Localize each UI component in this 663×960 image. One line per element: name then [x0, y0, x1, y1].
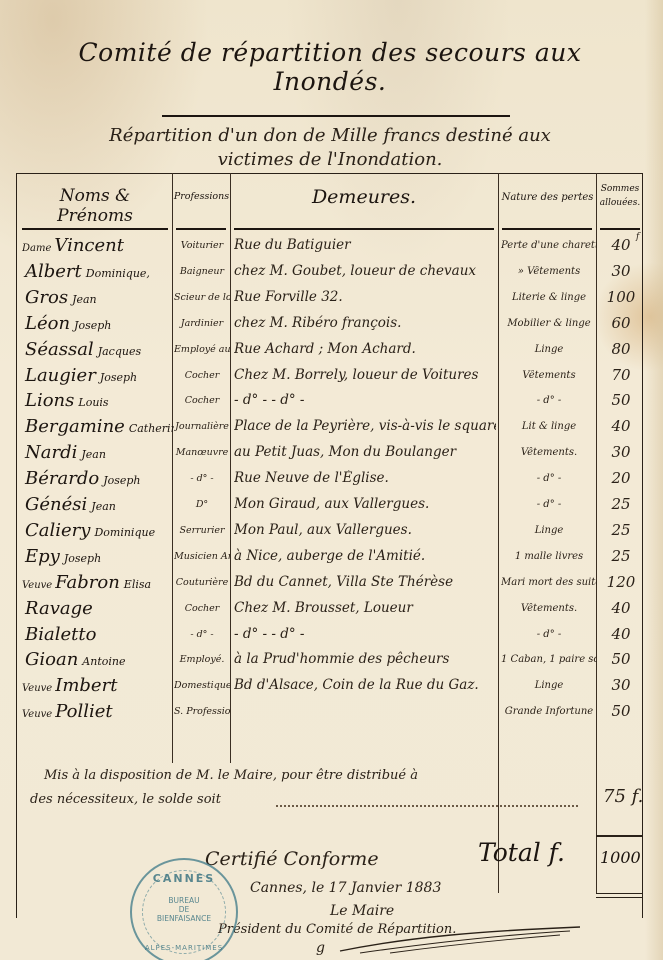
address: à la Prud'hommie des pêcheurs — [234, 651, 496, 667]
profession: Serrurier — [174, 525, 230, 536]
amount-allocated: 30 — [600, 676, 642, 694]
table-row: GrosJeanScieur de longRue Forville 32.Li… — [16, 287, 643, 309]
profession: - d° - — [174, 473, 230, 484]
loss-nature: Linge — [501, 525, 597, 536]
address: Rue Achard ; Mon Achard. — [234, 341, 496, 357]
total-amount: 1000 — [600, 848, 641, 867]
given-name: Joseph — [100, 371, 137, 384]
table-row: VeuvePollietS. ProfessionGrande Infortun… — [16, 701, 643, 723]
surname: Fabron — [55, 572, 120, 593]
amount-allocated: 20 — [600, 469, 642, 487]
loss-nature: 1 Caban, 1 paire souliers — [501, 654, 597, 665]
recipient-name: VeuveFabronElisa — [22, 572, 174, 593]
recipient-name: EpyJoseph — [22, 546, 174, 567]
recipient-name: LionsLouis — [22, 390, 174, 411]
table-row: SéassalJacquesEmployé au GazRue Achard ;… — [16, 339, 643, 361]
header-addresses: Demeures. — [232, 186, 496, 208]
amount-allocated: 50 — [600, 391, 642, 409]
subtitle-line-2: victimes de l'Inondation. — [30, 148, 630, 172]
given-name: Joseph — [64, 552, 101, 565]
balance-line-1: Mis à la disposition de M. le Maire, pou… — [44, 768, 418, 783]
signature-initial: g — [316, 940, 325, 956]
surname: Nardi — [25, 442, 77, 463]
profession: Musicien Ambt. — [174, 551, 230, 562]
recipient-name: SéassalJacques — [22, 339, 174, 360]
stamp-center-line-2: DE — [132, 905, 236, 914]
recipient-name: BérardoJoseph — [22, 468, 174, 489]
amount-allocated: 80 — [600, 340, 642, 358]
given-name: Elisa — [124, 578, 151, 591]
address: Rue du Batiguier — [234, 237, 496, 253]
recipient-name: AlbertDominique, — [22, 261, 174, 282]
profession: Couturière — [174, 577, 230, 588]
recipient-name: GrosJean — [22, 287, 174, 308]
address: - d° - - d° - — [234, 392, 496, 408]
recipient-name: VeuvePolliet — [22, 701, 174, 722]
surname: Polliet — [55, 701, 112, 722]
amount-allocated: 25 — [600, 495, 642, 513]
header-underline — [600, 228, 640, 230]
profession: Manœuvre — [174, 447, 230, 458]
given-name: Antoine — [82, 655, 125, 668]
amount-allocated: 30 — [600, 443, 642, 461]
signature-flourish — [330, 925, 590, 955]
given-name: Jacques — [98, 345, 141, 358]
recipient-name: DameVincent — [22, 235, 174, 256]
amount-allocated: 25 — [600, 547, 642, 565]
loss-nature: - d° - — [501, 499, 597, 510]
header-underline — [22, 228, 168, 230]
amount-allocated: 50 — [600, 650, 642, 668]
profession: Cocher — [174, 603, 230, 614]
table-row: CalieryDominiqueSerrurierMon Paul, aux V… — [16, 520, 643, 542]
surname: Epy — [25, 546, 60, 567]
surname: Gioan — [25, 649, 78, 670]
official-stamp: CANNES BUREAU DE BIENFAISANCE ALPES-MARI… — [130, 858, 238, 960]
given-name: Joseph — [74, 319, 111, 332]
paper-edge — [645, 0, 663, 960]
amount-allocated: 60 — [600, 314, 642, 332]
profession: S. Profession — [174, 706, 230, 717]
given-name: Dominique, — [86, 267, 150, 280]
address: Mon Paul, aux Vallergues. — [234, 522, 496, 538]
surname: Lions — [25, 390, 74, 411]
surname: Imbert — [55, 675, 117, 696]
table-row: GénésiJeanD°Mon Giraud, aux Vallergues.-… — [16, 494, 643, 516]
loss-nature: Lit & linge — [501, 421, 597, 432]
header-losses: Nature des pertes — [499, 192, 596, 203]
table-row: RavageCocherChez M. Brousset, LoueurVête… — [16, 598, 643, 620]
amount-allocated: 40 — [600, 599, 642, 617]
surname: Bergamine — [25, 416, 125, 437]
title-underline — [162, 115, 510, 117]
total-label: Total f. — [478, 838, 565, 867]
stamp-center-line-3: BIENFAISANCE — [132, 914, 236, 923]
address: chez M. Goubet, loueur de chevaux — [234, 263, 496, 279]
loss-nature: Literie & linge — [501, 292, 597, 303]
profession: Cocher — [174, 370, 230, 381]
recipient-name: GioanAntoine — [22, 649, 174, 670]
place-date: Cannes, le 17 Janvier 1883 — [250, 880, 441, 896]
amount-allocated: 40 — [600, 417, 642, 435]
table-row: VeuveFabronElisaCouturièreBd du Cannet, … — [16, 572, 643, 594]
header-amounts-line-1: Sommes — [597, 182, 643, 196]
loss-nature: Vêtements. — [501, 603, 597, 614]
name-prefix: Dame — [22, 243, 51, 254]
balance-amount: 75 f. — [603, 786, 643, 807]
name-prefix: Veuve — [22, 580, 52, 591]
table-row: BergamineCatherineJournalièrePlace de la… — [16, 416, 643, 438]
amount-allocated: 25 — [600, 521, 642, 539]
stamp-center-line-1: BUREAU — [132, 896, 236, 905]
certified-text: Certifié Conforme — [205, 848, 379, 870]
loss-nature: Linge — [501, 680, 597, 691]
balance-line-2: des nécessiteux, le solde soit — [30, 792, 221, 807]
profession: Employé. — [174, 654, 230, 665]
dotted-leader — [276, 803, 578, 807]
stamp-city: CANNES — [132, 872, 236, 885]
stamp-region: ALPES-MARITIMES — [132, 944, 236, 952]
amount-allocated: 40 — [600, 236, 642, 254]
address: Chez M. Borrely, loueur de Voitures — [234, 367, 496, 383]
surname: Génési — [25, 494, 87, 515]
table-row: NardiJeanManœuvreau Petit Juas, Mon du B… — [16, 442, 643, 464]
recipient-name: LéonJoseph — [22, 313, 174, 334]
header-amounts: Sommes allouées. — [597, 182, 643, 210]
total-rule — [596, 835, 643, 837]
address: Chez M. Brousset, Loueur — [234, 600, 496, 616]
loss-nature: Perte d'une charette — [501, 240, 597, 251]
header-underline — [234, 228, 494, 230]
loss-nature: » Vêtements — [501, 266, 597, 277]
header-professions: Professions — [173, 191, 230, 202]
recipient-name: LaugierJoseph — [22, 365, 174, 386]
recipient-name: NardiJean — [22, 442, 174, 463]
recipient-name: BergamineCatherine — [22, 416, 174, 437]
profession: Journalière — [174, 421, 230, 432]
table-row: DameVincentVoiturierRue du BatiguierPert… — [16, 235, 643, 257]
header-amounts-line-2: allouées. — [597, 196, 643, 210]
signature-title-mayor: Le Maire — [330, 903, 394, 919]
table-row: LéonJosephJardinierchez M. Ribéro franço… — [16, 313, 643, 335]
recipient-name: GénésiJean — [22, 494, 174, 515]
surname: Laugier — [25, 365, 96, 386]
address: - d° - - d° - — [234, 626, 496, 642]
document-subtitle: Répartition d'un don de Mille francs des… — [30, 124, 630, 172]
amount-allocated: 40 — [600, 625, 642, 643]
surname: Gros — [25, 287, 68, 308]
address: Bd d'Alsace, Coin de la Rue du Gaz. — [234, 677, 496, 693]
surname: Léon — [25, 313, 70, 334]
subtitle-line-1: Répartition d'un don de Mille francs des… — [30, 124, 630, 148]
address: Rue Forville 32. — [234, 289, 496, 305]
address: Rue Neuve de l'Église. — [234, 470, 496, 486]
header-names: Noms & Prénoms — [20, 186, 170, 226]
table-row: GioanAntoineEmployé.à la Prud'hommie des… — [16, 649, 643, 671]
surname: Albert — [25, 261, 82, 282]
given-name: Jean — [91, 500, 116, 513]
stamp-center: BUREAU DE BIENFAISANCE — [132, 896, 236, 923]
given-name: Dominique — [94, 526, 155, 539]
table-row: BérardoJoseph- d° -Rue Neuve de l'Église… — [16, 468, 643, 490]
address: chez M. Ribéro françois. — [234, 315, 496, 331]
given-name: Catherine — [129, 422, 174, 435]
surname: Séassal — [25, 339, 94, 360]
given-name: Jean — [72, 293, 97, 306]
loss-nature: Vêtements — [501, 370, 597, 381]
loss-nature: - d° - — [501, 395, 597, 406]
table-row: Bialetto- d° -- d° - - d° -- d° -40 — [16, 624, 643, 646]
loss-nature: Mobilier & linge — [501, 318, 597, 329]
amount-allocated: 100 — [600, 288, 642, 306]
amount-allocated: 70 — [600, 366, 642, 384]
document-page: Comité de répartition des secours aux In… — [0, 0, 663, 960]
loss-nature: Vêtements. — [501, 447, 597, 458]
loss-nature: 1 malle livres — [501, 551, 597, 562]
surname: Ravage — [25, 598, 93, 619]
loss-nature: Linge — [501, 344, 597, 355]
profession: Voiturier — [174, 240, 230, 251]
given-name: Joseph — [103, 474, 140, 487]
given-name: Louis — [78, 396, 108, 409]
loss-nature: - d° - — [501, 629, 597, 640]
recipient-name: Bialetto — [22, 624, 174, 645]
table-row: LaugierJosephCocherChez M. Borrely, loue… — [16, 365, 643, 387]
loss-nature: Mari mort des suites — [501, 577, 597, 588]
address: à Nice, auberge de l'Amitié. — [234, 548, 496, 564]
profession: Scieur de long — [174, 292, 230, 303]
profession: Domestique — [174, 680, 230, 691]
surname: Bérardo — [25, 468, 99, 489]
profession: Cocher — [174, 395, 230, 406]
table-row: AlbertDominique,Baigneurchez M. Goubet, … — [16, 261, 643, 283]
address: Mon Giraud, aux Vallergues. — [234, 496, 496, 512]
name-prefix: Veuve — [22, 683, 52, 694]
amount-allocated: 30 — [600, 262, 642, 280]
header-underline — [176, 228, 226, 230]
amount-allocated: 50 — [600, 702, 642, 720]
loss-nature: - d° - — [501, 473, 597, 484]
document-title: Comité de répartition des secours aux In… — [30, 38, 630, 96]
table-row: VeuveImbertDomestiqueBd d'Alsace, Coin d… — [16, 675, 643, 697]
recipient-name: Ravage — [22, 598, 174, 619]
profession: D° — [174, 499, 230, 510]
profession: Baigneur — [174, 266, 230, 277]
profession: Employé au Gaz — [174, 344, 230, 355]
address: au Petit Juas, Mon du Boulanger — [234, 444, 496, 460]
name-prefix: Veuve — [22, 709, 52, 720]
surname: Caliery — [25, 520, 90, 541]
given-name: Jean — [81, 448, 106, 461]
table-row: LionsLouisCocher- d° - - d° -- d° -50 — [16, 390, 643, 412]
loss-nature: Grande Infortune — [501, 706, 597, 717]
table-row: EpyJosephMusicien Ambt.à Nice, auberge d… — [16, 546, 643, 568]
profession: Jardinier — [174, 318, 230, 329]
profession: - d° - — [174, 629, 230, 640]
recipient-name: CalieryDominique — [22, 520, 174, 541]
address: Place de la Peyrière, vis-à-vis le squar… — [234, 418, 496, 434]
surname: Vincent — [54, 235, 124, 256]
recipient-name: VeuveImbert — [22, 675, 174, 696]
header-underline — [502, 228, 592, 230]
surname: Bialetto — [25, 624, 96, 645]
address: Bd du Cannet, Villa Ste Thérèse — [234, 574, 496, 590]
amount-allocated: 120 — [600, 573, 642, 591]
total-double-rule — [596, 893, 643, 898]
